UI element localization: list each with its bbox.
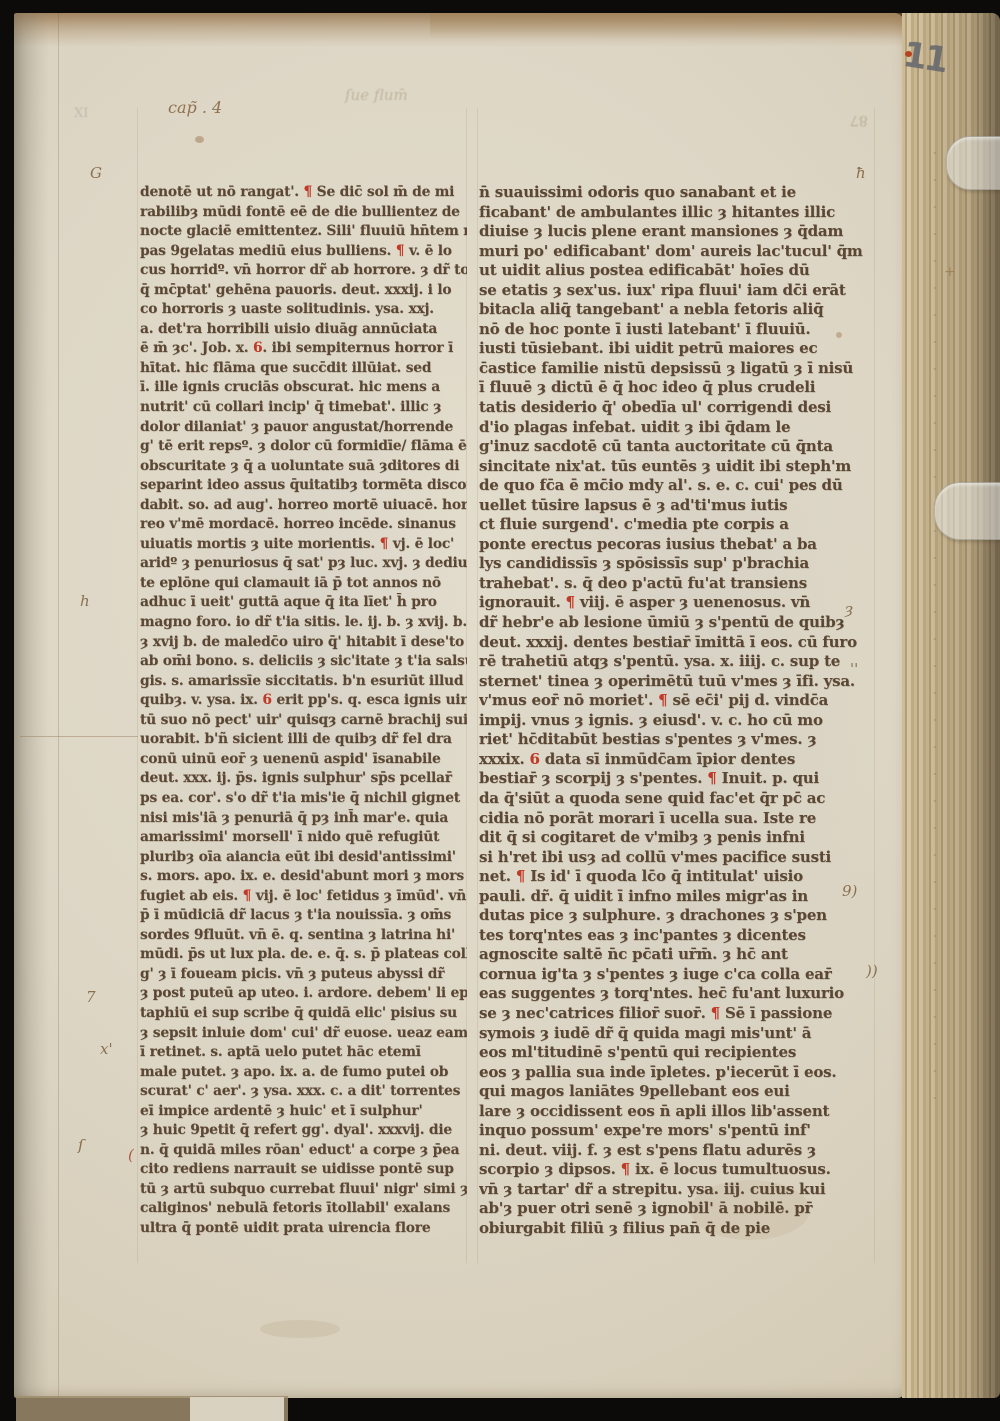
manuscript-line: cornua ig'ta ȝ s'pentes ȝ iuge c'ca coll…: [479, 965, 874, 985]
underleaf-sliver: [190, 1397, 284, 1421]
manuscript-line: trahebat'. s. q̄ deo p'actū fu'at transi…: [479, 574, 874, 594]
margin-note: ſ: [78, 1136, 84, 1154]
manuscript-line: obscuritate ȝ q̄ a uoluntate suā ȝditore…: [140, 457, 467, 477]
text-column-right: n̄ suauissimi odoris quo sanabant et ief…: [479, 183, 874, 1239]
manuscript-line: nocte glaciē emittentez. Sili' fluuiū hn…: [140, 222, 467, 242]
manuscript-line: separint ideo assus q̄uitatibȝ tormēta d…: [140, 476, 467, 496]
manuscript-line: eī impice ardentē ȝ huic' et ī sulphur': [140, 1102, 467, 1122]
manuscript-line: inquo possum' expe're mors' s'pentū inf': [479, 1121, 874, 1141]
manuscript-line: ē m̄ ȝc'. Job. x. 6. ibi sempiternus hor…: [140, 339, 467, 359]
manuscript-line: co horroris ȝ uaste solitudinis. ysa. xx…: [140, 300, 467, 320]
manuscript-line: mūdi. p̄s ut lux pla. de. e. q̄. s. p̄ p…: [140, 945, 467, 965]
manuscript-line: bestiar̄ ȝ scorpij ȝ s'pentes. ¶ Inuit. …: [479, 769, 874, 789]
manuscript-line: n̄ suauissimi odoris quo sanabant et ie: [479, 183, 874, 203]
manuscript-line: xxxix. 6 data sī inmūdc̄am īpior dentes: [479, 750, 874, 770]
margin-note: x': [100, 1040, 113, 1058]
manuscript-line: dabit. so. ad aug'. horreo mortē uiuacē.…: [140, 496, 467, 516]
manuscript-line: riet' hc̄ditabūt bestias s'pentes ȝ v'me…: [479, 730, 874, 750]
manuscript-line: agnoscite saltē n̄c pc̄ati ur̄m̄. ȝ hc̄ …: [479, 945, 874, 965]
manuscript-line: q̄ mc̄ptat' gehēna pauoris. deut. xxxij.…: [140, 281, 467, 301]
manuscript-line: sordes 9fluūt. vn̄ ē. q. sentina ȝ latri…: [140, 926, 467, 946]
showthrough-center: ſue flum̄: [345, 86, 408, 104]
margin-note: h: [80, 592, 90, 610]
manuscript-line: reo v'mē mordacē. horreo incēde. sinanus: [140, 515, 467, 535]
showthrough-right: 87: [850, 112, 868, 129]
manuscript-line: pauli. dr̃. q̄ uidit ī infno miles migr'…: [479, 887, 874, 907]
manuscript-line: ponte erectus pecoras iusius thebat' a b…: [479, 535, 874, 555]
manuscript-line: pas 9gelatas mediū eius bulliens. ¶ v. ē…: [140, 242, 467, 262]
manuscript-line: da q̄'siūt a quoda sene quid fac'et q̄r …: [479, 789, 874, 809]
red-dot: [905, 51, 912, 57]
manuscript-line: eas suggentes ȝ torq'ntes. hec̄ fu'ant l…: [479, 984, 874, 1004]
margin-note: '': [850, 660, 858, 678]
manuscript-line: scurat' c' aer'. ȝ ysa. xxx. c. a dit' t…: [140, 1082, 467, 1102]
manuscript-line: conū uinū eor̄ ȝ uenenū aspid' īsanabile: [140, 750, 467, 770]
manuscript-line: dr̃ hebr'e ab lesione ūmiū ȝ s'pentū de …: [479, 613, 874, 633]
manuscript-line: s. mors. apo. ix. e. desid'abunt mori ȝ …: [140, 867, 467, 887]
manuscript-line: symois ȝ iudē dr̃ q̄ quida magi mis'unt'…: [479, 1024, 874, 1044]
manuscript-line: nutrit' cū collari incip' q̄ timebat'. i…: [140, 398, 467, 418]
manuscript-line: fugiet ab eis. ¶ vij. ē loc' fetidus ȝ ī…: [140, 887, 467, 907]
ruling-line-horizontal: [20, 736, 138, 737]
manuscript-line: nō de hoc ponte ī iusti latebant' ī fluu…: [479, 320, 874, 340]
manuscript-line: ȝ post puteū ap uteo. i. ardore. debem' …: [140, 984, 467, 1004]
manuscript-line: uellet tūsire lapsus ē ȝ ad'ti'mus iutis: [479, 496, 874, 516]
top-right-page-edges: [430, 13, 902, 39]
manuscript-line: ī fluuē ȝ dictū ē q̄ hoc ideo q̄ plus cr…: [479, 378, 874, 398]
prick-marks-column: [934, 152, 936, 1117]
manuscript-line: tes torq'ntes eas ȝ inc'pantes ȝ dicente…: [479, 926, 874, 946]
manuscript-line: ultra q̄ pontē uidit prata uirencia flor…: [140, 1219, 467, 1239]
page-clip-middle: [934, 482, 1000, 540]
manuscript-line: rabilibȝ mūdi fontē eē de die bullientez…: [140, 203, 467, 223]
manuscript-line: g'inuz sacdotē cū tanta auctoritate cū q…: [479, 437, 874, 457]
manuscript-line: d'io plagas infebat. uidit ȝ ibi q̄dam l…: [479, 418, 874, 438]
gutter-crease: [58, 13, 59, 1398]
manuscript-line: deut. xxx. ij. p̄s. ignis sulphur' sp̄s …: [140, 769, 467, 789]
folio-number: 11: [900, 35, 948, 81]
manuscript-line: caliginos' nebulā fetoris ītollabil' exa…: [140, 1199, 467, 1219]
manuscript-line: eos ml'titudinē s'pentū qui recipientes: [479, 1043, 874, 1063]
manuscript-line: taphiū ei sup scribe q̄ quidā elic' pisi…: [140, 1004, 467, 1024]
chapter-annotation: cap̃ . 4: [168, 98, 222, 117]
manuscript-line: uiuatis mortis ȝ uite morientis. ¶ vj. ē…: [140, 535, 467, 555]
manuscript-line: sternet' tinea ȝ operimētū tuū v'mes ȝ ī…: [479, 672, 874, 692]
manuscript-line: n. q̄ quidā miles rōan' educt' a corpe ȝ…: [140, 1141, 467, 1161]
manuscript-line: lare ȝ occidissent eos n̄ apli illos lib…: [479, 1102, 874, 1122]
manuscript-line: se etatis ȝ sex'us. iux' ripa fluui' iam…: [479, 281, 874, 301]
manuscript-line: g' ȝ ī foueam picis. vn̄ ȝ puteus abyssi…: [140, 965, 467, 985]
manuscript-line: dit q̄ si cogitaret de v'mibȝ ȝ penis in…: [479, 828, 874, 848]
manuscript-line: ignorauit. ¶ viij. ē asper ȝ uenenosus. …: [479, 593, 874, 613]
page-clip-top: [946, 136, 1000, 190]
manuscript-line: muri po' edificabant' dom' aureis lac'tu…: [479, 242, 874, 262]
manuscript-line: ȝ sepsit inluie dom' cui' dr̃ euose. uea…: [140, 1024, 467, 1044]
manuscript-line: se ȝ nec'catrices filior̄ suor̄. ¶ Sē ī …: [479, 1004, 874, 1024]
manuscript-line: eos ȝ pallia sua inde īpletes. p'iecerūt…: [479, 1063, 874, 1083]
margin-note: 7: [86, 988, 96, 1006]
manuscript-line: dolor dilaniat' ȝ pauor angustat/horrend…: [140, 418, 467, 438]
manuscript-line: ī retinet. s. aptā uelo putet hāc etemī: [140, 1043, 467, 1063]
manuscript-line: aridº ȝ penuriosus q̄ sat' pȝ luc. xvj. …: [140, 554, 467, 574]
manuscript-line: net. ¶ Is id' ī quoda lc̄o q̄ intitulat'…: [479, 867, 874, 887]
showthrough-left: XI: [74, 106, 88, 121]
manuscript-line: male putet. ȝ apo. ix. a. de fumo putei …: [140, 1063, 467, 1083]
book-fore-edge-pages: [902, 13, 1000, 1398]
manuscript-line: ī. ille ignis cruciās obscurat. hic mens…: [140, 378, 467, 398]
manuscript-line: sincitate nix'at. tūs euntēs ȝ uidit ibi…: [479, 457, 874, 477]
manuscript-line: deut. xxxij. dentes bestiar̄ īmittā ī eo…: [479, 633, 874, 653]
manuscript-line: nisi mis'iā ȝ penuriā q̄ pȝ inh̄ mar'e. …: [140, 809, 467, 829]
manuscript-line: quibȝ. v. ysa. ix. 6 erit pp's. q. esca …: [140, 691, 467, 711]
manuscript-line: rē trahetiū atqȝ s'pentū. ysa. x. iiij. …: [479, 652, 874, 672]
manuscript-line: scorpio ȝ dipsos. ¶ ix. ē locus tumultuo…: [479, 1160, 874, 1180]
manuscript-line: dutas pice ȝ sulphure. ȝ drachones ȝ s'p…: [479, 906, 874, 926]
manuscript-line: tatis desiderio q̄' obedīa ul' corrigend…: [479, 398, 874, 418]
ruling-line-col-left-outer: [137, 108, 138, 1263]
manuscript-line: ni. deut. viij. f. ȝ est s'pens flatu ad…: [479, 1141, 874, 1161]
manuscript-line: c̄astice familie nistū depsissū ȝ ligatū…: [479, 359, 874, 379]
margin-note: 9): [842, 882, 857, 900]
manuscript-line: a. det'ra horribili uisio diuāg annūciat…: [140, 320, 467, 340]
manuscript-line: denotē ut nō rangat'. ¶ Se dic̄ sol m̄ d…: [140, 183, 467, 203]
manuscript-line: cito rediens narrauit se uidisse pontē s…: [140, 1160, 467, 1180]
gutter-shadow: [14, 13, 58, 1398]
fox-spot: [195, 136, 204, 143]
manuscript-line: diuise ȝ lucis plene erant mansiones ȝ q…: [479, 222, 874, 242]
margin-note: G: [90, 164, 102, 182]
manuscript-line: g' tē erit repsº. ȝ dolor cū formidīe/ f…: [140, 437, 467, 457]
manuscript-line: ȝ huic 9petit q̄ refert gg'. dyal'. xxxv…: [140, 1121, 467, 1141]
manuscript-line: p̄ ī mūdiciā dr̃ lacus ȝ t'ia nouissīa. …: [140, 906, 467, 926]
manuscript-line: lys candidissīs ȝ spōsissīs sup' p'brach…: [479, 554, 874, 574]
margin-note: )): [866, 962, 878, 980]
manuscript-line: gis. s. amarissīe siccitatis. b'n esuriū…: [140, 672, 467, 692]
text-column-left: denotē ut nō rangat'. ¶ Se dic̄ sol m̄ d…: [140, 183, 467, 1239]
manuscript-line: tū suo nō pect' uir' quisqȝ carnē brachi…: [140, 711, 467, 731]
manuscript-line: cus horridº. vn̄ horror dr̃ ab horrore. …: [140, 261, 467, 281]
manuscript-line: ficabant' de ambulantes illic ȝ hitantes…: [479, 203, 874, 223]
manuscript-line: hītat. hic flāma que succ̄dit illūiat. s…: [140, 359, 467, 379]
manuscript-photo: 11 cap̃ . 4 ſue flum̄ XI 87 + denotē ut …: [0, 0, 1000, 1421]
manuscript-line: te eplōne qui clamauit iā p̄ tot annos n…: [140, 574, 467, 594]
manuscript-line: amarissimi' morsell' ī nido quē refugiūt: [140, 828, 467, 848]
manuscript-line: ȝ xvij b. de maledc̄o uiro q̄' hitabit ī…: [140, 633, 467, 653]
manuscript-line: ct fluie surgend'. c'media pte corpis a: [479, 515, 874, 535]
manuscript-line: impij. vnus ȝ ignis. ȝ eiusd'. v. c. ho …: [479, 711, 874, 731]
manuscript-line: adhuc ī ueit' guttā aque q̄ ita līet' h̄…: [140, 593, 467, 613]
parchment-stain: [260, 1320, 340, 1338]
manuscript-line: ab'ȝ puer otri senē ȝ ignobil' ā nobilē.…: [479, 1199, 874, 1219]
manuscript-line: obiurgabit filiū ȝ filius pan̄ q̄ de pie: [479, 1219, 874, 1239]
manuscript-line: de quo fc̄a ē mc̄io mdy al'. s. e. c. cu…: [479, 476, 874, 496]
margin-note: (: [128, 1146, 134, 1164]
manuscript-line: si h'ret ibi usȝ ad collū v'mes pacifice…: [479, 848, 874, 868]
manuscript-line: ps ea. cor'. s'o dr̃ t'ia mis'ie q̄ nich…: [140, 789, 467, 809]
manuscript-line: cidia nō porāt morari ī ucella sua. Iste…: [479, 809, 874, 829]
ruling-line-col-right-inner: [874, 108, 875, 1263]
edge-plus-mark: +: [944, 264, 956, 280]
manuscript-line: v'mus eor̄ nō moriet'. ¶ sē ec̄i' pij d.…: [479, 691, 874, 711]
margin-note: ȝ: [845, 600, 853, 618]
manuscript-line: ab om̄i bono. s. deliciis ȝ sic'itate ȝ …: [140, 652, 467, 672]
manuscript-line: magno foro. io dr̃ t'ia sitis. le. ij. b…: [140, 613, 467, 633]
manuscript-line: uorabit. b'ñ sicient illi de quibȝ dr̃ …: [140, 730, 467, 750]
manuscript-line: pluribȝ oīa aiancia eūt ibi desid'antiss…: [140, 848, 467, 868]
manuscript-line: ut uidit alius postea edificabāt' hoīes …: [479, 261, 874, 281]
manuscript-line: vn̄ ȝ tartar' dr̃ a strepitu. ysa. iij. …: [479, 1180, 874, 1200]
margin-note: ħ: [856, 164, 866, 182]
manuscript-line: bitacla aliq̄ tangebant' a nebla fetoris…: [479, 300, 874, 320]
manuscript-line: qui magos laniātes 9pellebant eos eui: [479, 1082, 874, 1102]
ruling-line-col-right-outer: [477, 108, 478, 1263]
manuscript-line: iusti tūsiebant. ibi uidit petrū maiores…: [479, 339, 874, 359]
manuscript-line: tū ȝ artū subquo currebat fluui' nigr' s…: [140, 1180, 467, 1200]
